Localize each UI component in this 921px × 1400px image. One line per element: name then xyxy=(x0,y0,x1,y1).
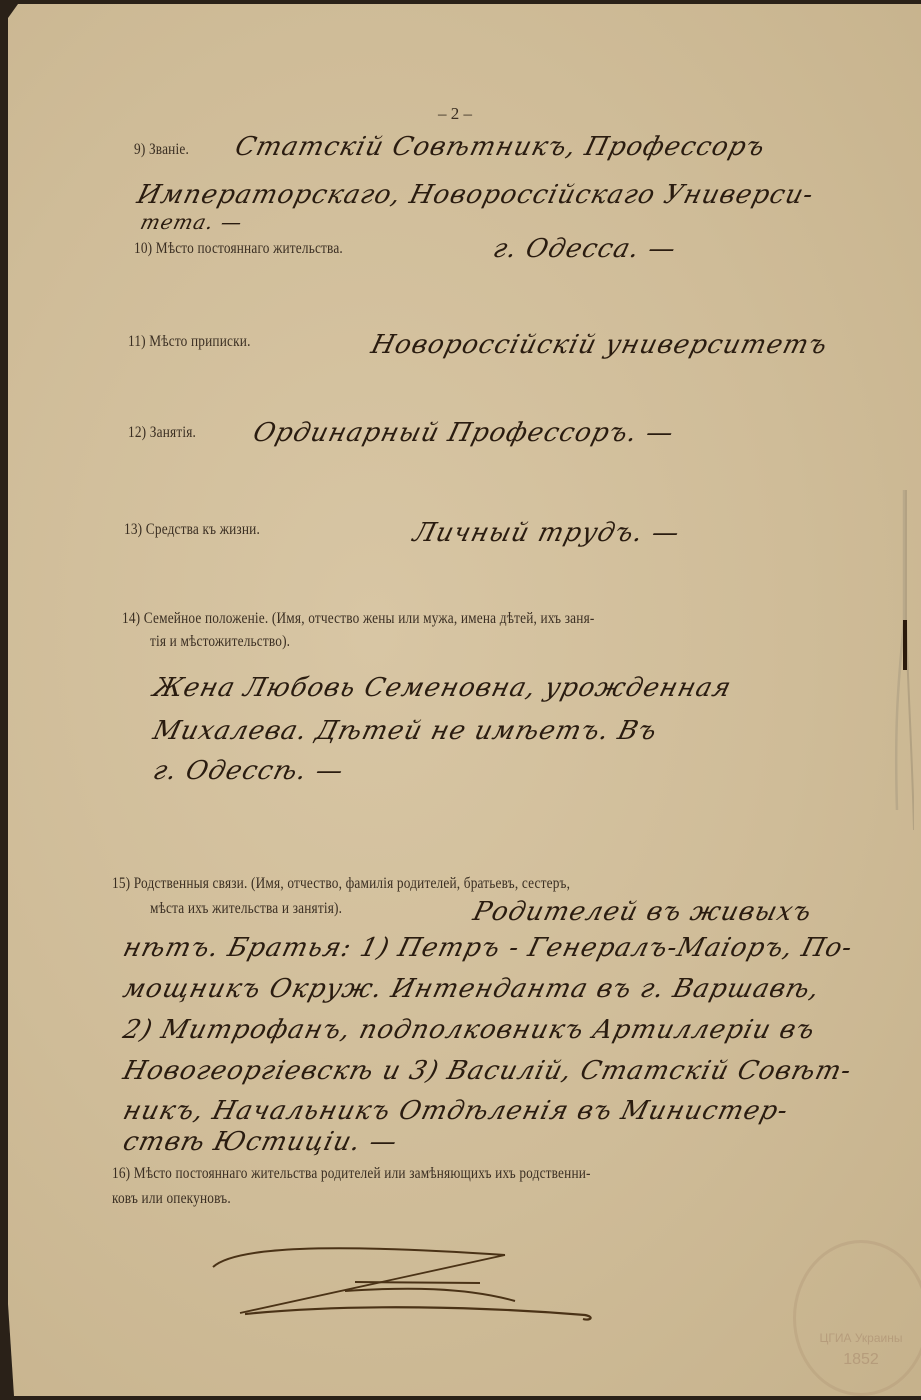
field-13-label: 13) Средства къ жизни. xyxy=(124,521,260,539)
field-16-label: 16) Мѣсто постояннаго жительства родител… xyxy=(112,1165,591,1183)
archive-stamp: ЦГИА Украины 1852 xyxy=(793,1240,921,1396)
field-9-label: 9) Званіе. xyxy=(134,141,189,159)
field-15-answer-line-7: ствѣ Юстиціи. — xyxy=(120,1127,401,1157)
field-14-label: 14) Семейное положеніе. (Имя, отчество ж… xyxy=(122,610,595,628)
field-15-answer-line-5: Новогеоргіевскѣ и 3) Василій, Статскій С… xyxy=(120,1056,855,1086)
stamp-text-line-2: 1852 xyxy=(796,1351,921,1369)
field-16-label-cont: ковъ или опекуновъ. xyxy=(112,1190,231,1208)
field-13-answer: Личный трудъ. — xyxy=(410,518,683,548)
field-11-label: 11) Мѣсто приписки. xyxy=(128,333,251,351)
field-10-answer: г. Одесса. — xyxy=(490,234,679,264)
field-15-label: 15) Родственныя связи. (Имя, отчество, ф… xyxy=(112,875,570,893)
field-9-answer-line-3: тета. — xyxy=(138,210,245,234)
field-15-answer-line-2: нѣтъ. Братья: 1) Петръ - Генералъ-Маіоръ… xyxy=(120,933,856,963)
field-14-label-cont: тія и мѣстожительство). xyxy=(150,633,290,651)
field-15-answer-line-3: мощникъ Окруж. Интенданта въ г. Варшавѣ, xyxy=(120,974,823,1004)
field-12-label: 12) Занятія. xyxy=(128,424,196,442)
field-15-answer-line-6: никъ, Начальникъ Отдѣленія въ Министер- xyxy=(120,1096,792,1126)
field-9-answer-line-2: Императорскаго, Новороссійскаго Универси… xyxy=(134,180,817,210)
field-11-answer: Новороссійскій университетъ xyxy=(368,330,831,360)
field-14-answer-line-1: Жена Любовь Семеновна, урожденная xyxy=(150,673,735,703)
field-15-answer-line-4: 2) Митрофанъ, подполковникъ Артиллеріи в… xyxy=(120,1015,818,1045)
stamp-text-line-1: ЦГИА Украины xyxy=(796,1331,921,1345)
signature-strikethrough-mark xyxy=(205,1225,605,1325)
field-15-answer-line-1: Родителей въ живыхъ xyxy=(470,897,815,927)
field-14-answer-line-2: Михалева. Дѣтей не имѣетъ. Въ xyxy=(150,716,661,746)
binding-thread xyxy=(894,490,914,830)
field-10-label: 10) Мѣсто постояннаго жительства. xyxy=(134,240,343,258)
field-12-answer: Ординарный Профессоръ. — xyxy=(250,418,677,448)
page-number: – 2 – xyxy=(438,104,472,124)
field-14-answer-line-3: г. Одессѣ. — xyxy=(150,756,347,786)
field-15-label-cont: мѣста ихъ жительства и занятія). xyxy=(150,900,342,918)
field-9-answer-line-1: Статскій Совѣтникъ, Профессоръ xyxy=(232,132,769,162)
